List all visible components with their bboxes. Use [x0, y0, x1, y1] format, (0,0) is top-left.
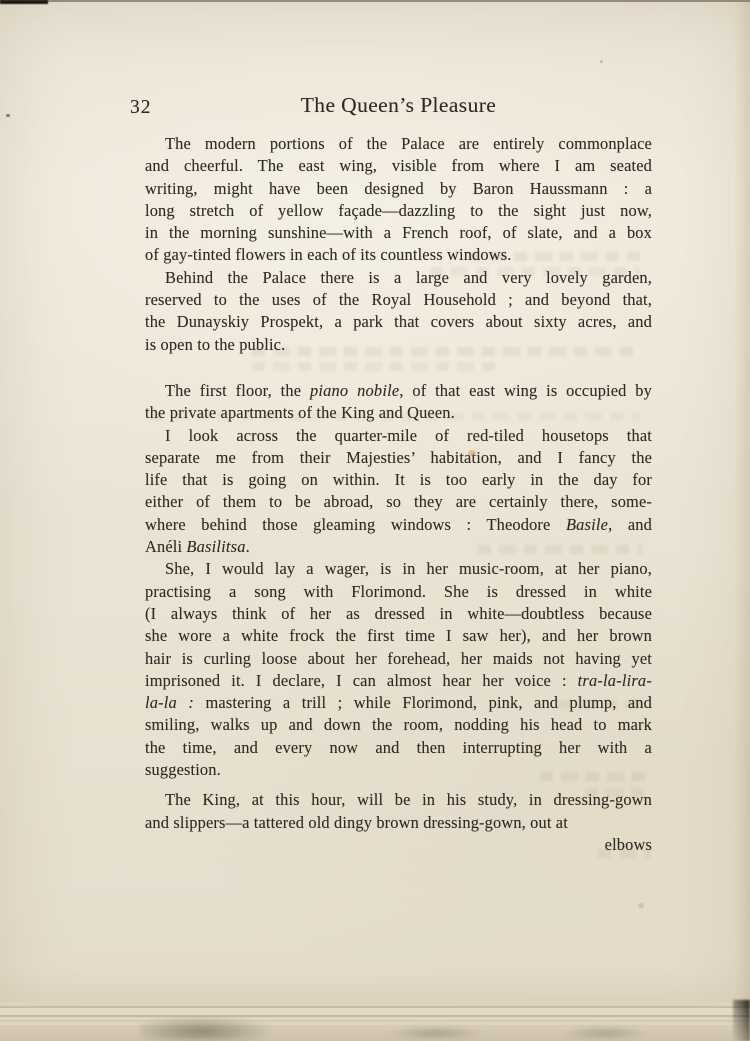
- text-line: practising a song with Florimond. She is…: [145, 581, 652, 603]
- text-line: life that is going on within. It is too …: [145, 469, 652, 491]
- text-line: and slippers—a tattered old dingy brown …: [145, 812, 652, 834]
- paragraph: Behind the Palace there is a large and v…: [145, 267, 652, 356]
- page-edge-band: [0, 1027, 750, 1041]
- text-line: of gay-tinted flowers in each of its cou…: [145, 244, 652, 266]
- page-body: 32 The Queen’s Pleasure The modern porti…: [145, 94, 652, 856]
- scanned-book-page: 32 The Queen’s Pleasure The modern porti…: [0, 0, 750, 1041]
- edge-smudge: [385, 1026, 485, 1040]
- text-line: hair is curling loose about her forehead…: [145, 648, 652, 670]
- text-line: The King, at this hour, will be in his s…: [145, 789, 652, 811]
- page-title: The Queen’s Pleasure: [145, 94, 652, 116]
- text-line: smiling, walks up and down the room, nod…: [145, 714, 652, 736]
- text-line: she wore a white frock the first time I …: [145, 625, 652, 647]
- foxing-spot: [600, 60, 603, 63]
- foxing-spot: [336, 1014, 342, 1019]
- page-edge-band: [0, 1008, 750, 1016]
- page-number: 32: [130, 97, 152, 119]
- page-edge-band: [0, 1017, 750, 1027]
- paper-speck: [6, 114, 10, 117]
- edge-smudge: [140, 1016, 275, 1041]
- edge-smudge: [560, 1026, 650, 1040]
- page-edge-line: [0, 1006, 750, 1008]
- catchword: elbows: [145, 834, 652, 856]
- book-bottom-shading: [0, 968, 750, 1041]
- text-line: Behind the Palace there is a large and v…: [145, 267, 652, 289]
- text-line: la-la : mastering a trill ; while Florim…: [145, 692, 652, 714]
- text-line: long stretch of yellow façade—dazzling t…: [145, 200, 652, 222]
- scan-top-edge: [0, 0, 750, 2]
- text-line: and cheerful. The east wing, visible fro…: [145, 155, 652, 177]
- page-edge-line: [0, 1015, 750, 1017]
- text-line: the private apartments of the King and Q…: [145, 402, 652, 424]
- text-line: (I always think of her as dressed in whi…: [145, 603, 652, 625]
- text-body: The modern portions of the Palace are en…: [145, 133, 652, 834]
- text-line: Anéli Basilitsa.: [145, 536, 652, 558]
- text-line: imprisoned it. I declare, I can almost h…: [145, 670, 652, 692]
- text-line: is open to the public.: [145, 334, 652, 356]
- text-line: where behind those gleaming windows : Th…: [145, 514, 652, 536]
- text-line: the Dunayskiy Prospekt, a park that cove…: [145, 311, 652, 333]
- text-line: either of them to be abroad, so they are…: [145, 491, 652, 513]
- scan-top-left-edge: [0, 0, 48, 4]
- corner-shadow: [733, 1000, 750, 1041]
- foxing-spot: [580, 1005, 584, 1009]
- text-line: She, I would lay a wager, is in her musi…: [145, 558, 652, 580]
- text-line: suggestion.: [145, 759, 652, 781]
- text-line: separate me from their Majesties’ habita…: [145, 447, 652, 469]
- text-line: writing, might have been designed by Bar…: [145, 178, 652, 200]
- text-line: The first floor, the piano nobile, of th…: [145, 380, 652, 402]
- page-right-shading: [734, 0, 750, 1041]
- paragraph: The first floor, the piano nobile, of th…: [145, 380, 652, 425]
- text-line: the time, and every now and then interru…: [145, 737, 652, 759]
- page-edge-band: [0, 1002, 750, 1007]
- foxing-spot: [638, 903, 644, 908]
- text-line: I look across the quarter-mile of red-ti…: [145, 425, 652, 447]
- text-line: in the morning sunshine—with a French ro…: [145, 222, 652, 244]
- paragraph: I look across the quarter-mile of red-ti…: [145, 425, 652, 559]
- running-head: 32 The Queen’s Pleasure: [145, 94, 652, 121]
- paragraph: The King, at this hour, will be in his s…: [145, 789, 652, 834]
- paragraph: She, I would lay a wager, is in her musi…: [145, 558, 652, 781]
- paragraph: The modern portions of the Palace are en…: [145, 133, 652, 267]
- text-line: The modern portions of the Palace are en…: [145, 133, 652, 155]
- text-line: reserved to the uses of the Royal Househ…: [145, 289, 652, 311]
